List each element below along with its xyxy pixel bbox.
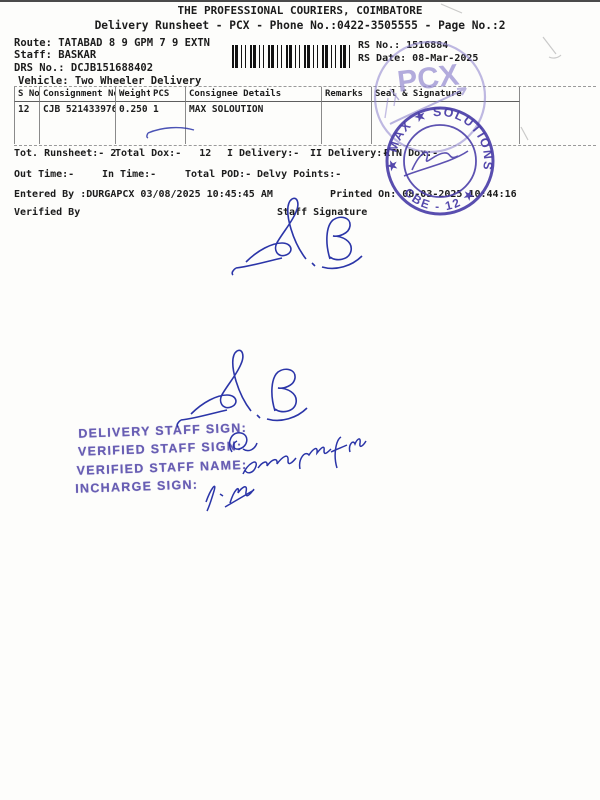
verified-staff-name-ink [243,437,366,474]
verified-by-label: Verified By [14,207,80,218]
in-time: In Time:- [102,169,156,180]
page-subtitle: Delivery Runsheet - PCX - Phone No.:0422… [0,20,600,32]
cell-consignment-no: CJB 521433976 [40,102,116,144]
i-delivery: I Delivery:- [227,148,299,159]
staff-line: Staff: BASKAR [14,50,96,62]
cell-weight: 0.250 [116,102,150,144]
scanned-delivery-runsheet: THE PROFESSIONAL COURIERS, COIMBATORE De… [0,0,600,800]
col-header-consignee: Consignee Details [186,87,322,102]
col-header-consignment: Consignment No [40,87,116,102]
route-line: Route: TATABAD 8 9 GPM 7 9 EXTN [14,38,210,50]
ii-delivery: II Delivery:- [310,148,388,159]
printed-on: Printed On: 08-03-2025 10:44:16 [330,189,517,200]
out-time: Out Time:- [14,169,74,180]
col-header-pcs: PCS [150,87,186,102]
cell-pcs: 1 [150,102,186,144]
col-header-sno: S No [14,87,40,102]
cell-remarks [322,102,372,144]
tot-runsheet: Tot. Runsheet:- 2 [14,148,116,159]
consignment-table: S No Consignment No Weight PCS Consignee… [14,87,520,144]
col-header-weight: Weight [116,87,150,102]
total-dox: Total Dox:- 12 [115,148,211,159]
drs-no-line: DRS No.: DCJB151688402 [14,63,153,75]
delivery-staff-signature-ink [177,350,307,427]
page-title: THE PROFESSIONAL COURIERS, COIMBATORE [0,5,600,17]
office-rubber-stamp: DELIVERY STAFF SIGN: VERIFIED STAFF SIGN… [70,419,249,499]
entered-by: Entered By :DURGAPCX 03/08/2025 10:45:45… [14,189,273,200]
runsheet-barcode [232,45,353,68]
total-pod: Total POD:- [185,169,251,180]
table-bottom-rule [14,145,596,146]
rtn-dox: RTN Dox:- [384,148,438,159]
rs-no-line: RS No.: 1516884 [358,40,448,51]
rs-date-line: RS Date: 08-Mar-2025 [358,53,478,64]
cell-consignee: MAX SOLOUTION [186,102,322,144]
staff-signature-label: Staff Signature [277,207,367,218]
col-header-remarks: Remarks [322,87,372,102]
scan-edge-artifact [0,0,600,2]
col-header-seal: Seal & Signature [372,87,520,102]
cell-sno: 12 [14,102,40,144]
cell-seal-signature [372,102,520,144]
delvy-points: Delvy Points:- [257,169,341,180]
